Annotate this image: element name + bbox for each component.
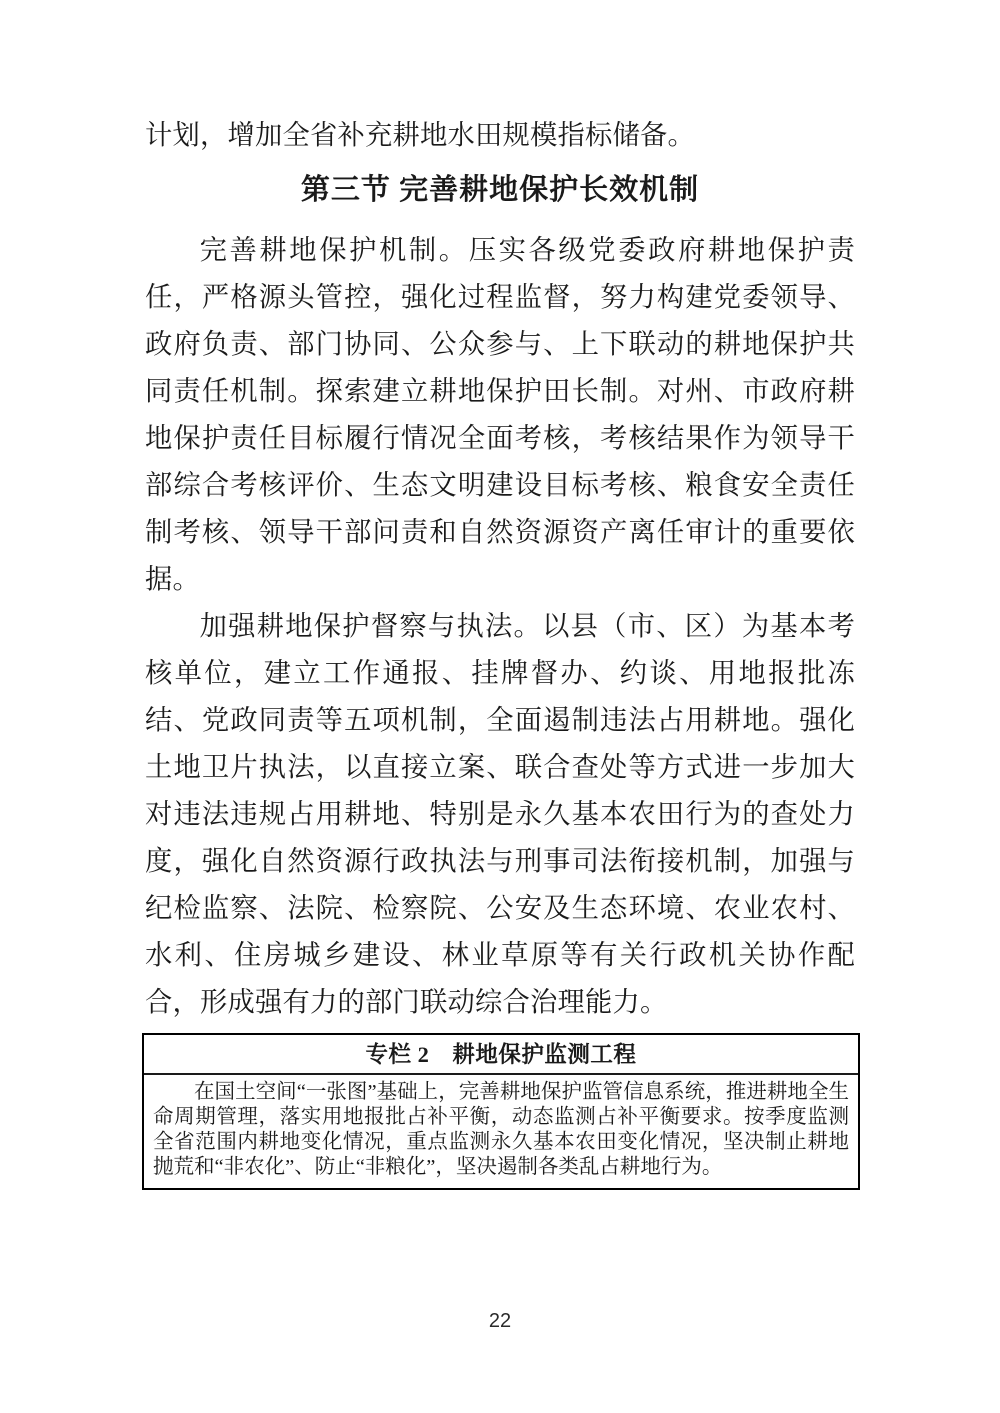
content-column: 计划，增加全省补充耕地水田规模指标储备。 第三节 完善耕地保护长效机制 完善耕地… bbox=[145, 112, 855, 1190]
callout-box-body: 在国土空间“一张图”基础上，完善耕地保护监管信息系统，推进耕地全生命周期管理，落… bbox=[144, 1075, 858, 1188]
callout-box-column-2: 专栏 2 耕地保护监测工程 在国土空间“一张图”基础上，完善耕地保护监管信息系统… bbox=[142, 1033, 860, 1190]
document-page: 计划，增加全省补充耕地水田规模指标储备。 第三节 完善耕地保护长效机制 完善耕地… bbox=[0, 0, 1000, 1413]
callout-box-title: 专栏 2 耕地保护监测工程 bbox=[144, 1035, 858, 1075]
page-number: 22 bbox=[0, 1310, 1000, 1333]
paragraph-strengthen-supervision-enforcement: 加强耕地保护督察与执法。以县（市、区）为基本考核单位，建立工作通报、挂牌督办、约… bbox=[145, 603, 855, 1026]
paragraph-perfect-farmland-protection-mechanism: 完善耕地保护机制。压实各级党委政府耕地保护责任，严格源头管控，强化过程监督，努力… bbox=[145, 227, 855, 603]
section-heading: 第三节 完善耕地保护长效机制 bbox=[145, 164, 855, 216]
continuation-line: 计划，增加全省补充耕地水田规模指标储备。 bbox=[145, 112, 855, 159]
